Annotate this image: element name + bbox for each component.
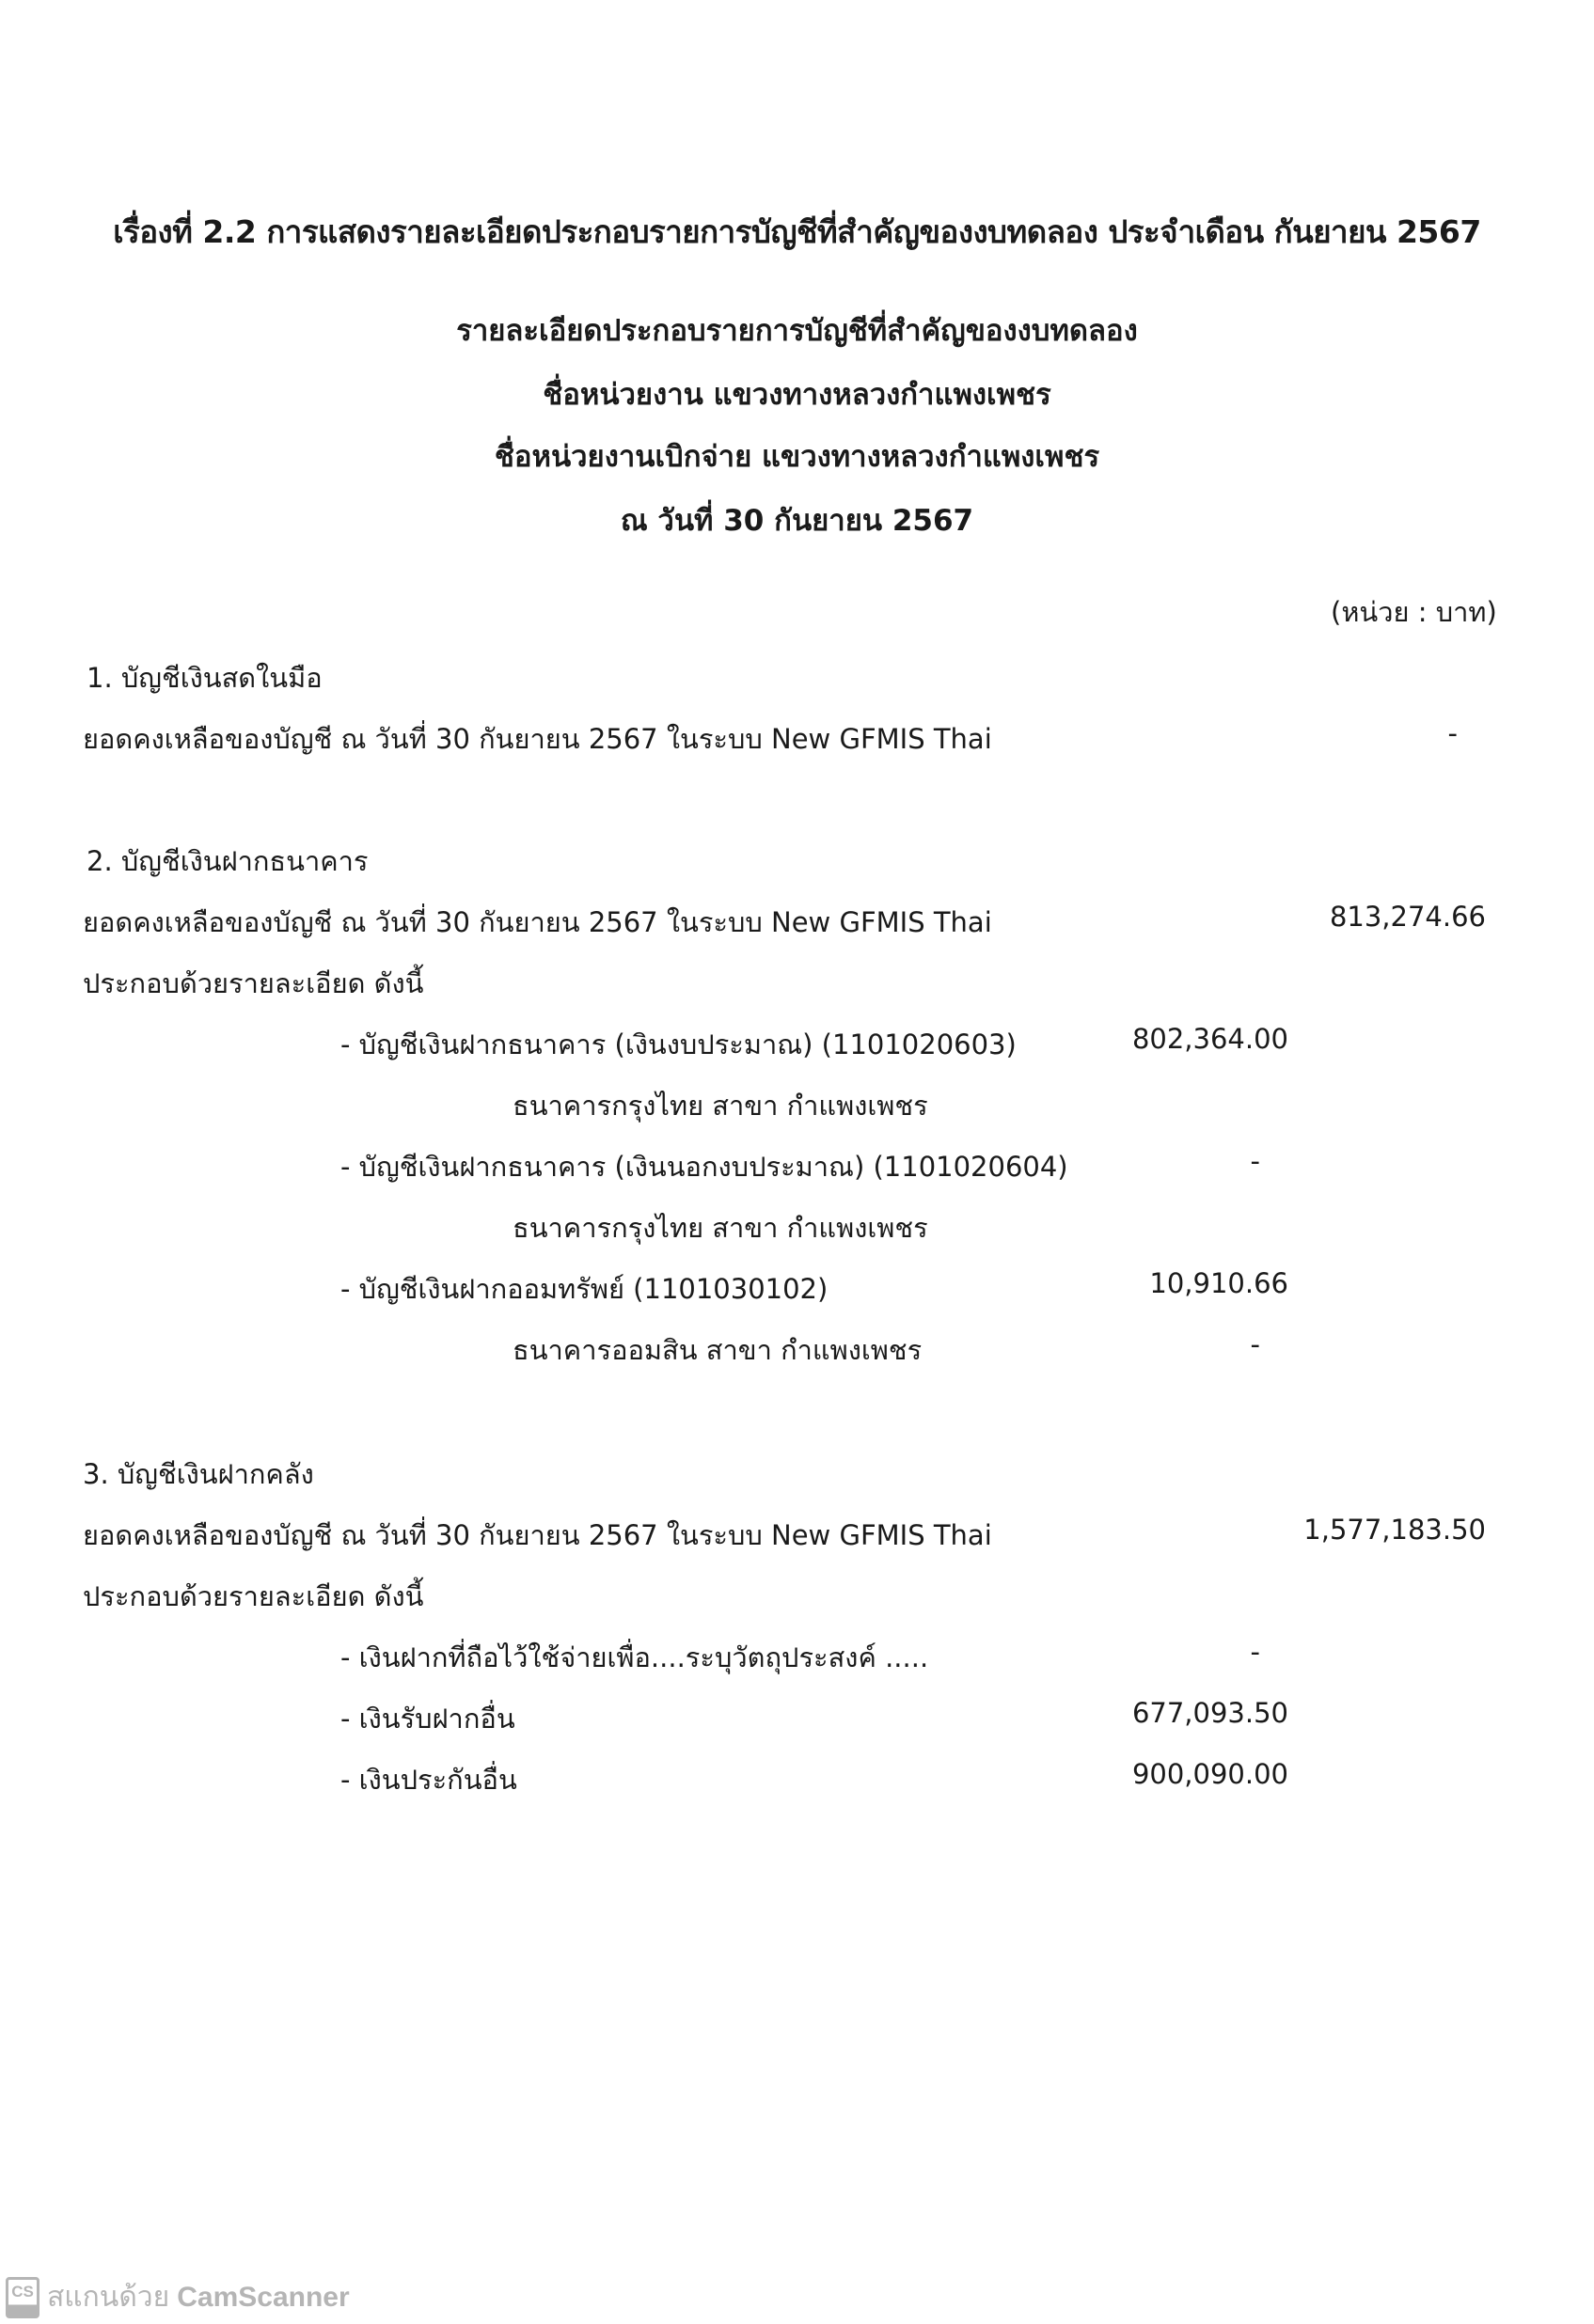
list-item-value: - [1185,1328,1298,1360]
camscanner-watermark: CS สแกนด้วย CamScanner [6,2275,350,2319]
list-item: - เงินรับฝากอื่น [340,1697,515,1740]
unit-label: (หน่วย : บาท) [1331,590,1497,634]
watermark-prefix: สแกนด้วย [47,2275,169,2319]
report-date: ณ วันที่ 30 กันยายน 2567 [0,496,1594,543]
section-1-title: 1. บัญชีเงินสดในมือ [87,656,323,699]
list-item-value: 677,093.50 [1034,1697,1288,1729]
section-3-balance-label: ยอดคงเหลือของบัญชี ณ วันที่ 30 กันยายน 2… [83,1514,992,1557]
report-title: รายละเอียดประกอบรายการบัญชีที่สำคัญของงบ… [0,306,1594,353]
section-1-balance-value: - [1354,717,1486,749]
bank-branch: ธนาคารออมสิน สาขา กำแพงเพชร [513,1328,922,1372]
list-item-value: 802,364.00 [1034,1023,1288,1055]
list-item-value: - [1185,1145,1298,1177]
section-2-title: 2. บัญชีเงินฝากธนาคาร [87,840,369,883]
section-3-title: 3. บัญชีเงินฝากคลัง [83,1452,314,1496]
agency-name: ชื่อหน่วยงาน แขวงทางหลวงกำแพงเพชร [0,370,1594,417]
list-item: - บัญชีเงินฝากธนาคาร (เงินงบประมาณ) (110… [340,1023,1017,1066]
section-2-balance-value: 813,274.66 [1223,901,1486,933]
watermark-brand: CamScanner [177,2282,349,2314]
disbursing-agency-name: ชื่อหน่วยงานเบิกจ่าย แขวงทางหลวงกำแพงเพช… [0,432,1594,479]
bank-branch: ธนาคารกรุงไทย สาขา กำแพงเพชร [513,1084,928,1127]
list-item: - เงินฝากที่ถือไว้ใช้จ่ายเพื่อ....ระบุวั… [340,1636,928,1679]
section-3-balance-value: 1,577,183.50 [1223,1514,1486,1546]
list-item-value: - [1185,1636,1298,1668]
list-item: - บัญชีเงินฝากธนาคาร (เงินนอกงบประมาณ) (… [340,1145,1068,1188]
list-item-value: 900,090.00 [1034,1758,1288,1790]
section-3-detail-label: ประกอบด้วยรายละเอียด ดังนี้ [83,1575,423,1618]
list-item-value: 10,910.66 [1034,1267,1288,1299]
section-2-detail-label: ประกอบด้วยรายละเอียด ดังนี้ [83,962,423,1005]
list-item: - บัญชีเงินฝากออมทรัพย์ (1101030102) [340,1267,828,1311]
bank-branch: ธนาคารกรุงไทย สาขา กำแพงเพชร [513,1206,928,1249]
section-1-balance-label: ยอดคงเหลือของบัญชี ณ วันที่ 30 กันยายน 2… [83,717,992,761]
list-item: - เงินประกันอื่น [340,1758,517,1801]
document-heading: เรื่องที่ 2.2 การแสดงรายละเอียดประกอบราย… [0,207,1594,257]
section-2-balance-label: ยอดคงเหลือของบัญชี ณ วันที่ 30 กันยายน 2… [83,901,992,944]
camscanner-logo-icon: CS [6,2277,39,2318]
